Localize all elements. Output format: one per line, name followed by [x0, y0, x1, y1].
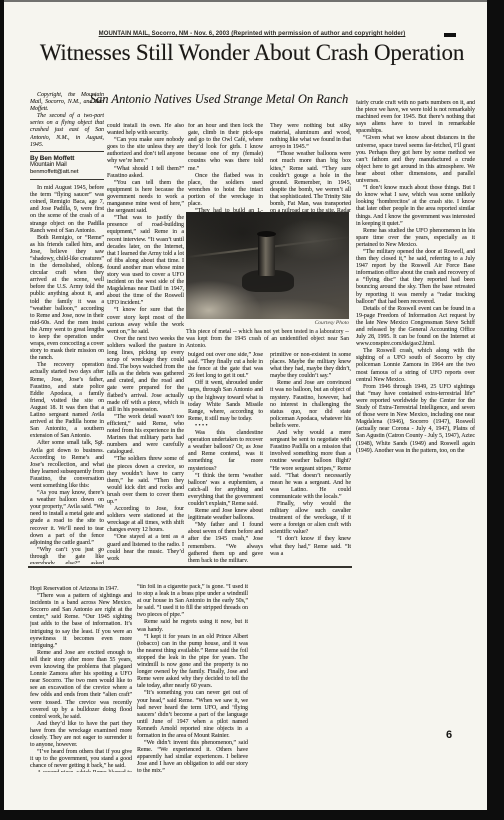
column-1-text: In mid August 1945, before the term “fly…: [30, 185, 104, 564]
bottom-column-1-text: Hopi Reservation of Arizona in 1947.“The…: [30, 586, 132, 772]
column-4-upper-text: They were nothing but silky material, al…: [270, 123, 351, 212]
scan-speck: [444, 33, 456, 37]
column-2-text: could install its own. He also wanted he…: [107, 123, 184, 563]
masthead-line: MOUNTAIN MAIL, Socorro, NM - Nov. 6, 200…: [80, 31, 424, 37]
photo-caption: This piece of metal -- which has not yet…: [186, 329, 349, 350]
article-column-3-upper: for an hour and then lock the gate, clim…: [188, 123, 263, 212]
scan-border-top: [0, 0, 504, 2]
byline-block: By Ben Moffett Mountain Mail benmoffett@…: [30, 151, 104, 180]
article-column-4-upper: They were nothing but silky material, al…: [270, 123, 351, 212]
scan-border-bottom: [0, 810, 504, 820]
bottom-column-1: Hopi Reservation of Arizona in 1947.“The…: [30, 586, 132, 772]
article-column-5-wide: fairly crude craft with no parts numbers…: [356, 100, 475, 549]
column-3-upper-text: for an hour and then lock the gate, clim…: [188, 123, 263, 212]
article-column-1: Copyright, the Mountain Mail, Socorro, N…: [30, 92, 104, 564]
scan-border-left: [0, 0, 4, 814]
photo-cylinder-top: [257, 231, 276, 237]
page-number: 6: [446, 729, 452, 741]
headline: Witnesses Still Wonder About Crash Opera…: [24, 40, 480, 66]
column-4-lower-text: primitive or non-existent in some places…: [270, 352, 351, 558]
photo-metal-cylinder: [258, 234, 275, 276]
copyright-note: Copyright, the Mountain Mail, Socorro, N…: [30, 92, 104, 113]
bottom-column-2: “tin foil in a cigarette pack,” is gone.…: [137, 584, 248, 776]
byline-publication: Mountain Mail: [30, 162, 104, 169]
section-divider-rule: [28, 566, 352, 568]
article-column-4-lower: primitive or non-existent in some places…: [270, 352, 351, 564]
bottom-column-2-text: “tin foil in a cigarette pack,” is gone.…: [137, 584, 248, 776]
byline-email: benmoffett@att.net: [30, 169, 104, 176]
article-column-2: could install its own. He also wanted he…: [107, 123, 184, 564]
article-column-3-lower: bulged out over one side,” Jose said. “T…: [188, 352, 263, 562]
newspaper-page-scan: MOUNTAIN MAIL, Socorro, NM - Nov. 6, 200…: [0, 0, 504, 820]
series-note: The second of a two-part series on a fly…: [30, 113, 104, 148]
subheadline: San Antonio Natives Used Strange Metal O…: [86, 92, 352, 107]
column-3-lower-text: bulged out over one side,” Jose said. “T…: [188, 352, 263, 562]
byline-author: By Ben Moffett: [30, 155, 104, 162]
column-5-text: fairly crude craft with no parts numbers…: [356, 100, 475, 455]
scan-border-right: [487, 0, 504, 820]
photo-credit: Courtesy Photo: [249, 320, 349, 326]
crash-metal-photo: [186, 212, 349, 319]
